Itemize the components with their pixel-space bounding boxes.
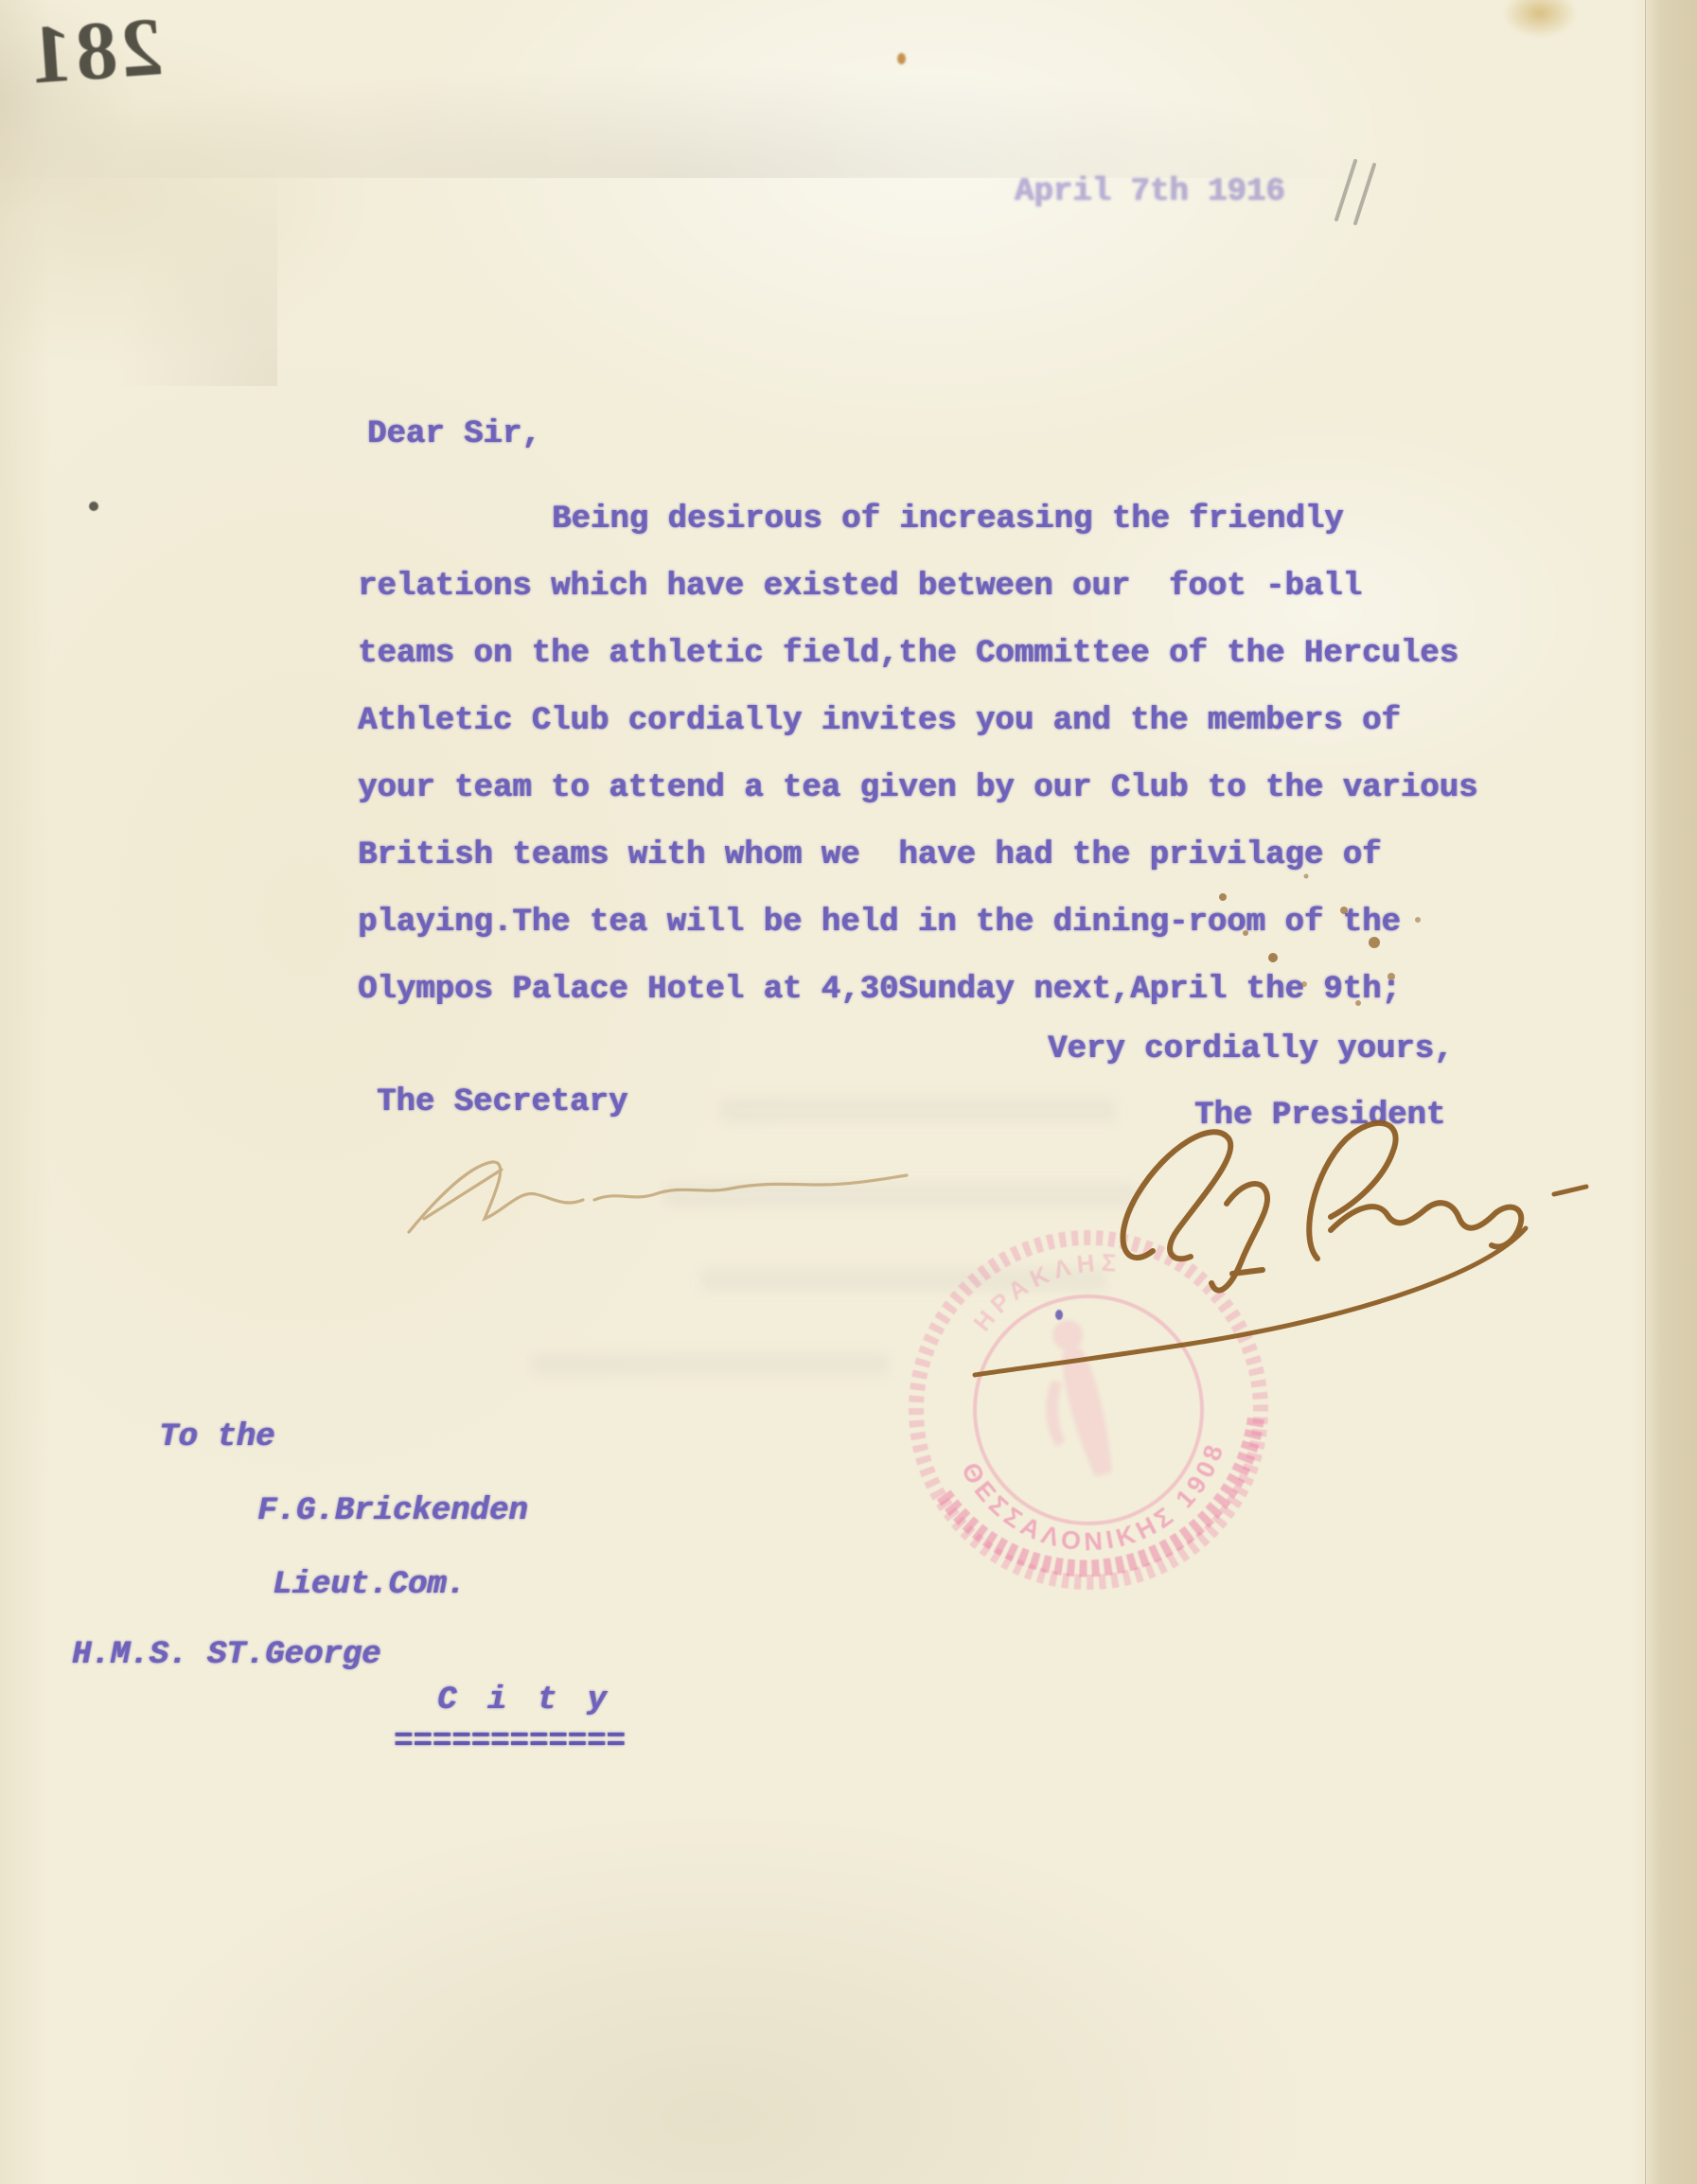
bleed-through-smudge [719, 1098, 1117, 1122]
scanned-letter-page: 281 April 7th 1916 Dear Sir, Being desir… [0, 0, 1697, 2184]
salutation: Dear Sir, [367, 416, 541, 452]
club-seal-stamp: ΘΕΣΣΑΛΟΝΙΚΗΣ 1908 ΗΡΑΚΛΗΣ [0, 0, 1697, 2184]
yellow-stain [1503, 0, 1577, 38]
violet-dot [1055, 1310, 1063, 1320]
president-signature [0, 0, 1697, 2184]
rust-speck [897, 53, 906, 64]
mirrored-page-number: 281 [24, 0, 167, 104]
recipient-name: F.G.Brickenden [257, 1493, 528, 1529]
body-line: Being desirous of increasing the friendl… [358, 486, 1569, 554]
city-underline: ============ [394, 1724, 626, 1760]
body-line: playing.The tea will be held in the dini… [358, 889, 1569, 957]
recipient-rank: Lieut.Com. [273, 1567, 466, 1603]
secretary-title: The Secretary [377, 1084, 628, 1120]
date-line: April 7th 1916 [1015, 174, 1285, 210]
pen-mark-icon [0, 0, 1697, 2184]
bleed-through-smudge [663, 1183, 1136, 1207]
secretary-signature [0, 0, 1697, 2184]
president-title: The President [1194, 1098, 1445, 1134]
body-line: British teams with whom we have had the … [358, 822, 1569, 889]
closing-line: Very cordially yours, [1048, 1031, 1453, 1067]
bleed-through-smudge [700, 1268, 1107, 1291]
recipient-to-line: To the [159, 1419, 274, 1455]
paper-right-edge [1645, 0, 1697, 2184]
recipient-city: C i t y [437, 1682, 612, 1718]
body-line: relations which have existed between our… [358, 554, 1569, 621]
body-line: Olympos Palace Hotel at 4,30Sunday next,… [358, 957, 1569, 1024]
svg-text:ΘΕΣΣΑΛΟΝΙΚΗΣ 1908: ΘΕΣΣΑΛΟΝΙΚΗΣ 1908 [954, 1399, 1248, 1587]
bleed-through-smudge [530, 1353, 890, 1376]
body-line: Athletic Club cordially invites you and … [358, 688, 1569, 755]
ink-spatter [0, 0, 1697, 2184]
letter-body: Being desirous of increasing the friendl… [358, 486, 1569, 1024]
stamp-bottom-text: ΘΕΣΣΑΛΟΝΙΚΗΣ 1908 [954, 1399, 1248, 1587]
body-line: teams on the athletic field,the Committe… [358, 621, 1569, 688]
bottom-wrinkle-shadow [0, 0, 1697, 178]
ink-dot [89, 502, 98, 511]
body-line: your team to attend a tea given by our C… [358, 755, 1569, 822]
recipient-ship: H.M.S. ST.George [72, 1637, 380, 1673]
